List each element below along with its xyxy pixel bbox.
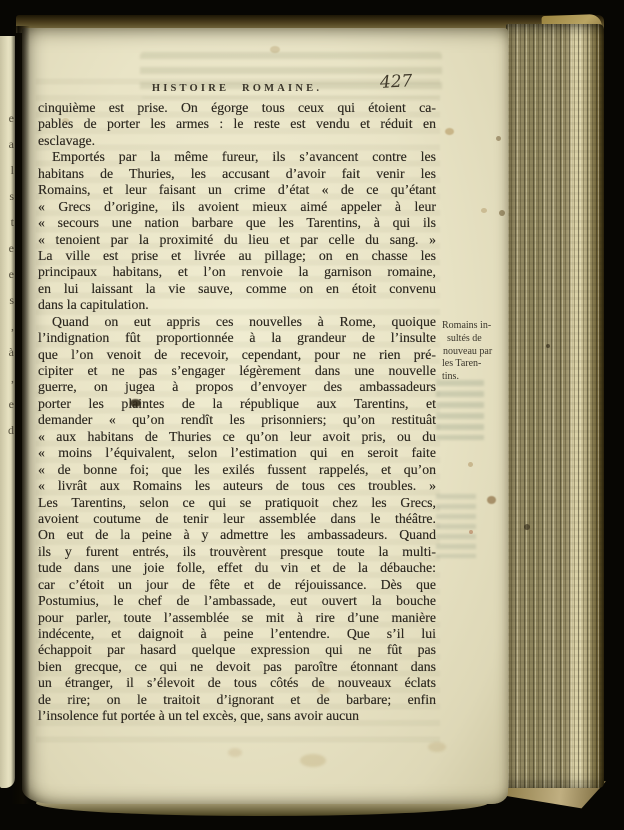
text-line: ils y furent entrés, ils trouvèrent pres…: [38, 544, 436, 560]
text-line: guerre, on jugea à propos d’envoyer des …: [38, 379, 436, 395]
stain-spot: [496, 136, 501, 141]
text-line: Les Tarentins, selon ce qui se pratiquoi…: [38, 495, 436, 511]
text-line: un étranger, il s’élevoit de tous côtés …: [38, 675, 436, 691]
text-line: On eut de la peine à y admettre les amba…: [38, 527, 436, 543]
margin-note-line: tins.: [442, 371, 514, 384]
stain-spot: [428, 742, 446, 752]
text-line: « de bonne foi; que les exilés fussent r…: [38, 462, 436, 478]
text-line: dans la capitulation.: [38, 297, 436, 313]
text-line: de rire; on le traitoit d’ignorant et de…: [38, 692, 436, 708]
text-line: en lui laissant la vie sauve, comme on e…: [38, 281, 436, 297]
text-line: pour parler, toute l’assemblée se mit à …: [38, 610, 436, 626]
text-line: Romains, et leur faisant un crime d’état…: [38, 182, 436, 198]
text-line: Postumius, le chef de l’ambassade, eut o…: [38, 593, 436, 609]
text-line: « aux habitans de Thuries ce qu’on leur …: [38, 429, 436, 445]
text-line: que l’on venoit de recevoir, cependant, …: [38, 347, 436, 363]
stain-spot: [300, 754, 326, 767]
text-line: indécente, et daignoit à peine l’entendr…: [38, 626, 436, 642]
fore-edge-speck: [546, 344, 550, 348]
margin-note: Romains in-sultés denouveau parles Taren…: [442, 320, 514, 384]
text-line: cinquième est prise. On égorge tous ceux…: [38, 100, 436, 116]
body-text: cinquième est prise. On égorge tous ceux…: [38, 100, 436, 725]
text-line: tude dans une joie folle, effet du vin e…: [38, 560, 436, 576]
margin-note-line: Romains in-: [442, 320, 514, 333]
book-page: HISTOIRE ROMAINE. 427 cinquième est pris…: [22, 28, 508, 804]
show-through-margin-note: [436, 380, 484, 440]
text-line: « tenoient par la proximité du lieu et p…: [38, 232, 436, 248]
scanned-book-photo: ealstees,à,ed HISTOIRE ROMAINE. 427 cinq…: [0, 0, 624, 830]
text-line: Quand on eut appris ces nouvelles à Rome…: [38, 314, 436, 330]
running-title: HISTOIRE ROMAINE.: [38, 83, 436, 94]
text-line: échappoit par hasard quelque expression …: [38, 642, 436, 658]
text-line: car c’étoit un jour de fête et de réjoui…: [38, 577, 436, 593]
text-line: avoient coutume de tenir leur assemblée …: [38, 511, 436, 527]
text-line: « livrât aux Romains les auteurs de tous…: [38, 478, 436, 494]
fore-edge-speck: [524, 524, 530, 530]
gutter-shadow: [11, 26, 30, 804]
text-line: cipiter et ne pas s’engager légèrement d…: [38, 363, 436, 379]
text-line: « secours une nation barbare que les Tar…: [38, 215, 436, 231]
stain-spot: [468, 462, 473, 467]
text-line: principaux habitans, et l’on renvoie la …: [38, 264, 436, 280]
text-line: habitans de Thuries, les accusant d’avoi…: [38, 166, 436, 182]
fore-edge: [506, 24, 604, 788]
margin-note-line: sultés de: [442, 333, 514, 346]
text-line: l’indignation fût proportionnée à la gra…: [38, 330, 436, 346]
stain-spot: [499, 210, 505, 216]
text-line: esclavage.: [38, 133, 436, 149]
text-line: bien grecque, ce qui ne devoit pas paroî…: [38, 659, 436, 675]
text-line: La ville est prise et livrée au pillage;…: [38, 248, 436, 264]
text-line: demander « qu’on rendît les prisonniers;…: [38, 412, 436, 428]
stain-spot: [481, 208, 487, 213]
text-line: pables de porter les armes : le reste es…: [38, 116, 436, 132]
page-number: 427: [379, 71, 412, 93]
text-line: « moins l’équivalent, selon l’estimation…: [38, 445, 436, 461]
text-line: Emportés par la même fureur, ils s’avanc…: [38, 149, 436, 165]
text-line: porter les plaintes de la république aux…: [38, 396, 436, 412]
margin-note-line: les Taren-: [442, 358, 514, 371]
stain-spot: [270, 46, 280, 53]
margin-note-line: nouveau par: [442, 346, 514, 359]
stain-spot: [487, 496, 496, 504]
stain-spot: [445, 128, 454, 135]
stain-spot: [469, 530, 473, 534]
show-through-margin-note: [436, 494, 476, 558]
text-line: « Grecs d’origine, ils avoient mieux aim…: [38, 199, 436, 215]
text-line: l’insolence fut portée à un tel excès, q…: [38, 708, 436, 724]
stain-spot: [228, 748, 242, 757]
